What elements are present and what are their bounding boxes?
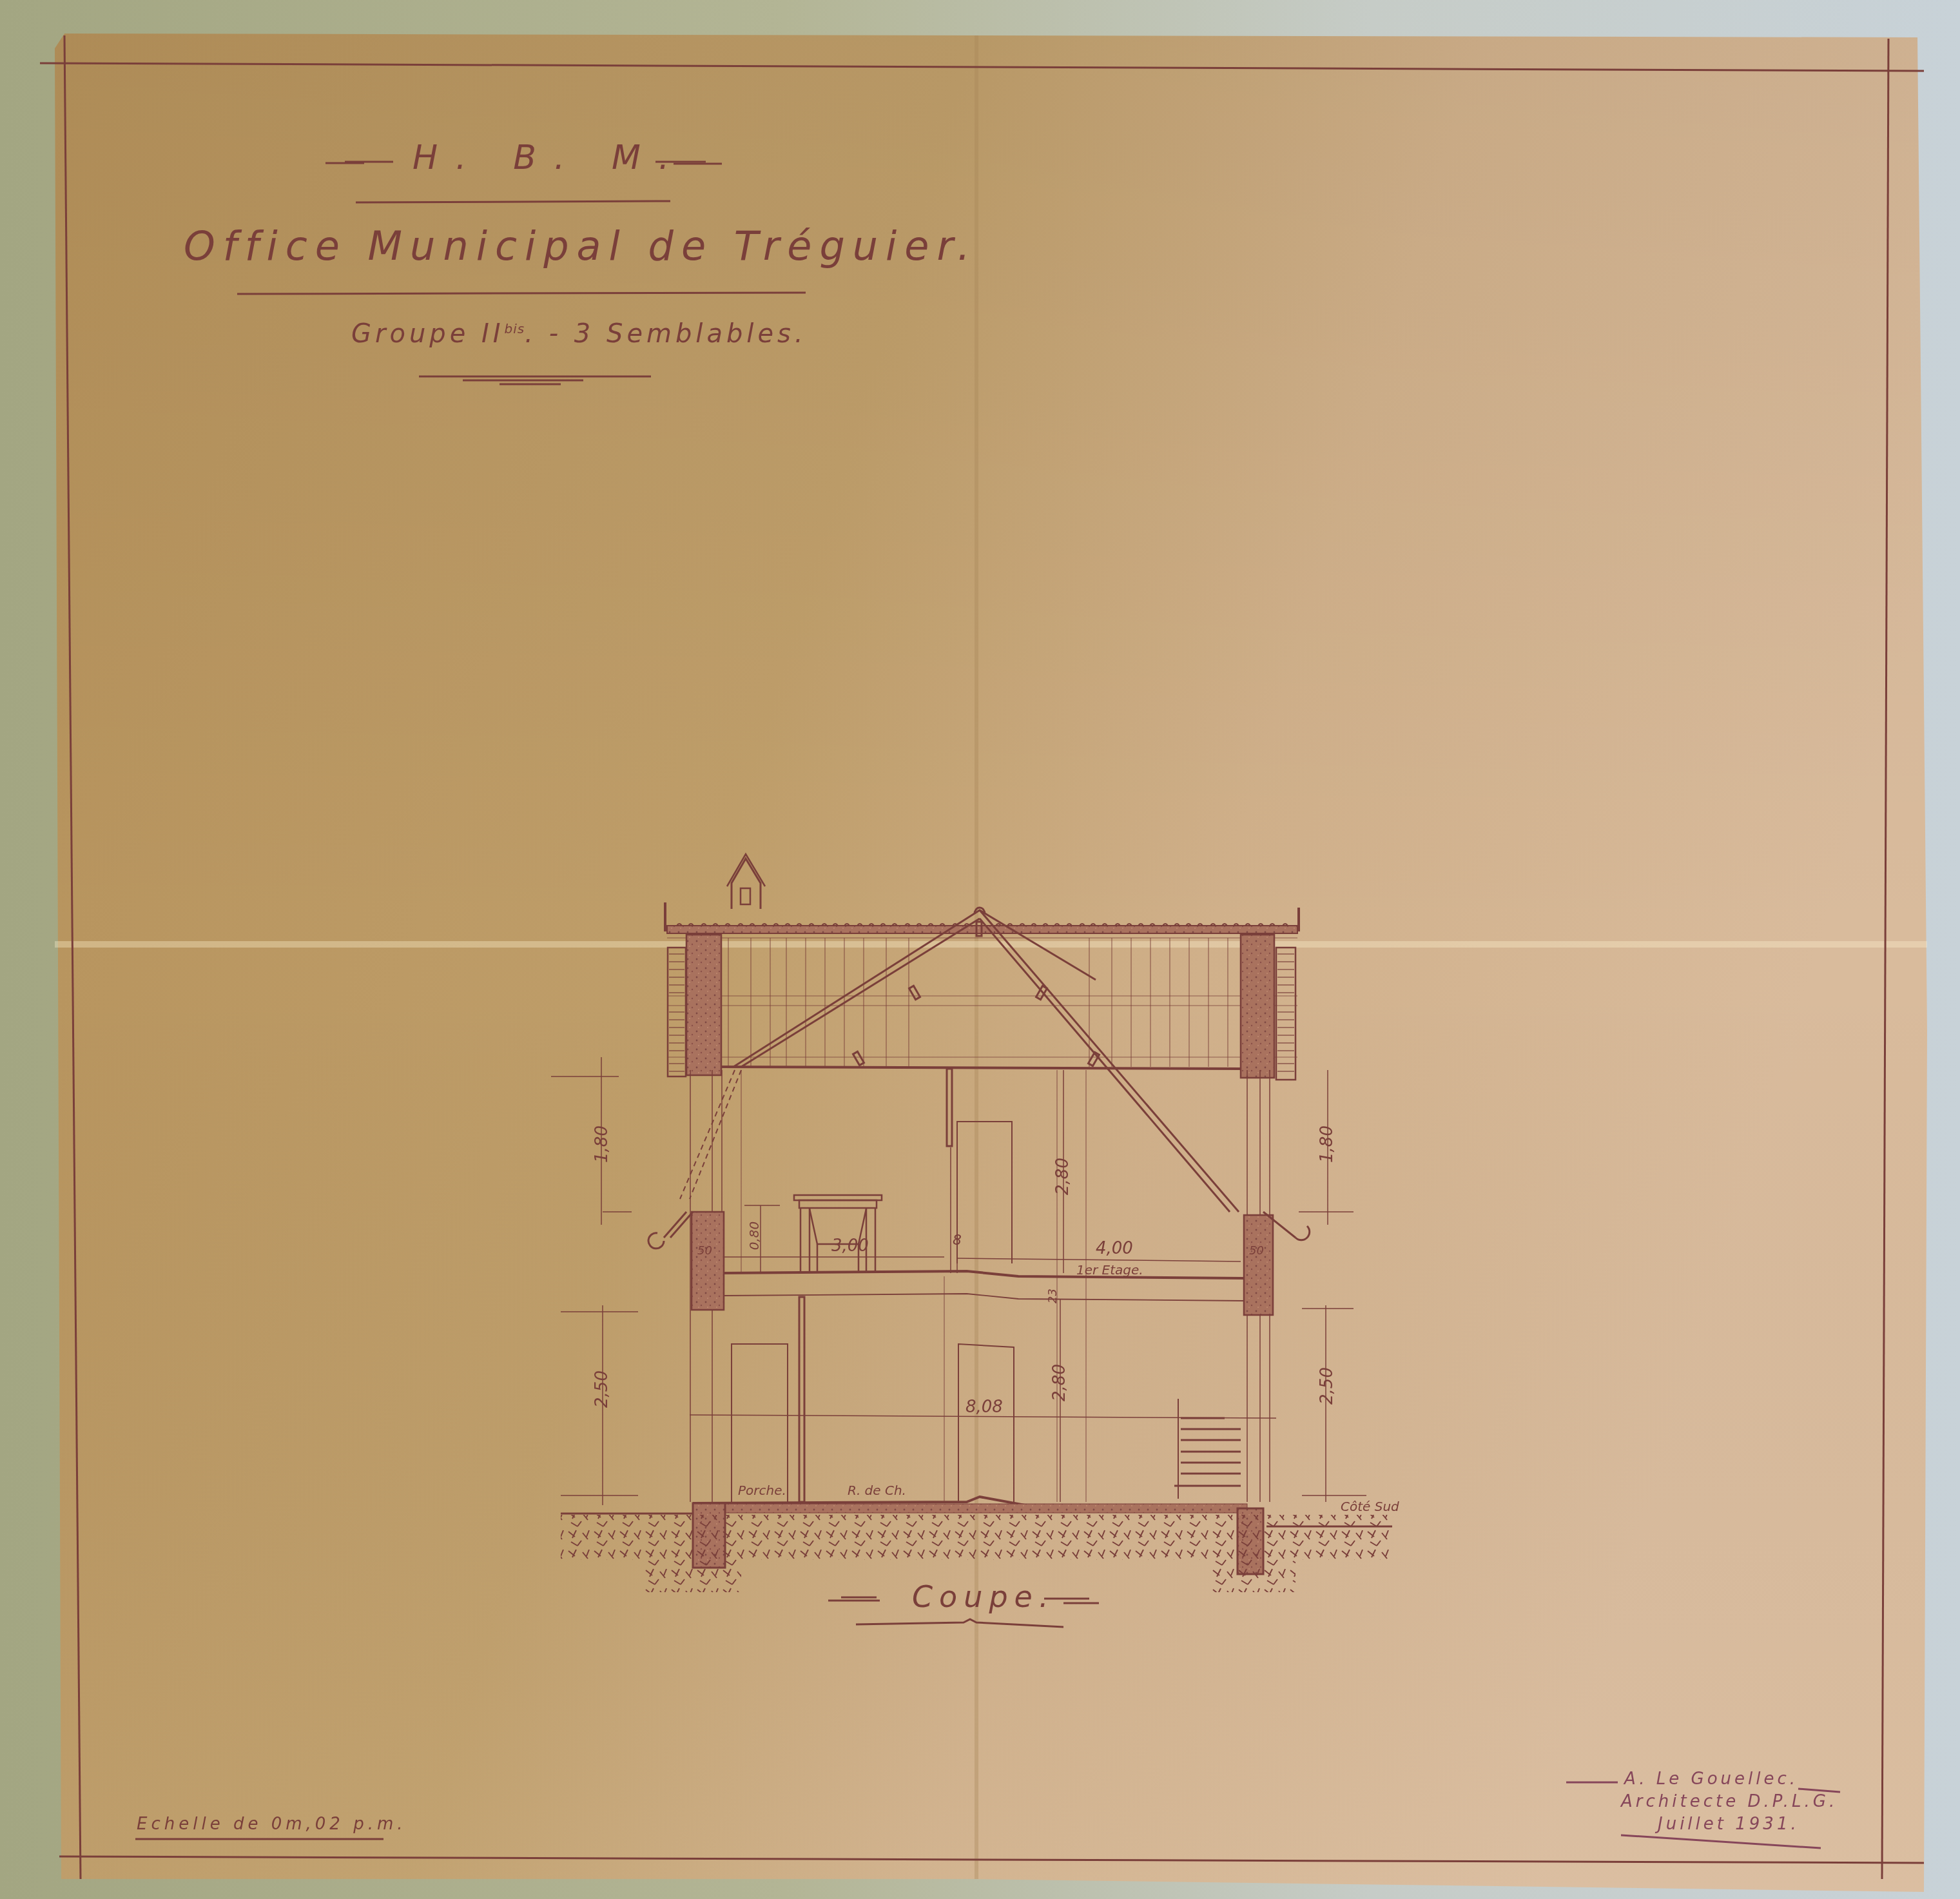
- dim-overall-width: 8,08: [965, 1397, 1003, 1417]
- group-suffix: . - 3 Semblables.: [525, 319, 806, 349]
- right-gable-wall: [1241, 935, 1274, 1078]
- ground-hatch: [561, 1515, 1392, 1560]
- dim-attic-left: 1,80: [592, 1125, 612, 1163]
- left-gable-wall: [686, 935, 721, 1075]
- dim-ground-left: 2,50: [592, 1370, 612, 1408]
- office-title: Office Municipal de Tréguier.: [184, 222, 978, 269]
- dim-room-left: 3,00: [831, 1236, 869, 1256]
- label-porch: Porche.: [738, 1483, 786, 1498]
- blueprint-sheet: [0, 0, 1960, 1899]
- dim-upper-center: 2,80: [1053, 1158, 1072, 1195]
- group-subtitle: Groupe IIbis. - 3 Semblables.: [351, 319, 807, 349]
- label-south-side: Côté Sud: [1341, 1499, 1399, 1514]
- dim-fireplace: 0,80: [746, 1222, 762, 1251]
- architect-title: Architecte D.P.L.G.: [1621, 1792, 1838, 1811]
- dim-room-right: 4,00: [1096, 1239, 1133, 1258]
- group-prefix: Groupe II: [351, 319, 505, 349]
- label-first-floor: 1er Etage.: [1076, 1262, 1143, 1278]
- label-ground-floor: R. de Ch.: [848, 1483, 906, 1498]
- dim-partition: 8: [953, 1232, 962, 1249]
- drawing-date: Juillet 1931.: [1658, 1815, 1800, 1834]
- right-eaves-wall: [1244, 1215, 1273, 1315]
- left-eaves-wall: [692, 1212, 724, 1310]
- architect-name: A. Le Gouellec.: [1624, 1769, 1798, 1789]
- group-sup: bis: [505, 321, 525, 336]
- dim-ground-center: 2,80: [1050, 1364, 1069, 1401]
- dim-floor-thickness: 23: [1046, 1289, 1060, 1303]
- dim-wall-left: 50: [697, 1244, 712, 1258]
- dim-wall-right: 50: [1249, 1244, 1264, 1258]
- section-label: Coupe.: [912, 1579, 1055, 1614]
- dim-ground-right: 2,50: [1317, 1367, 1337, 1405]
- organization-title: H. B. M.: [412, 139, 687, 177]
- scale-label: Echelle de 0m,02 p.m.: [137, 1815, 407, 1834]
- dim-attic-right: 1,80: [1317, 1125, 1337, 1163]
